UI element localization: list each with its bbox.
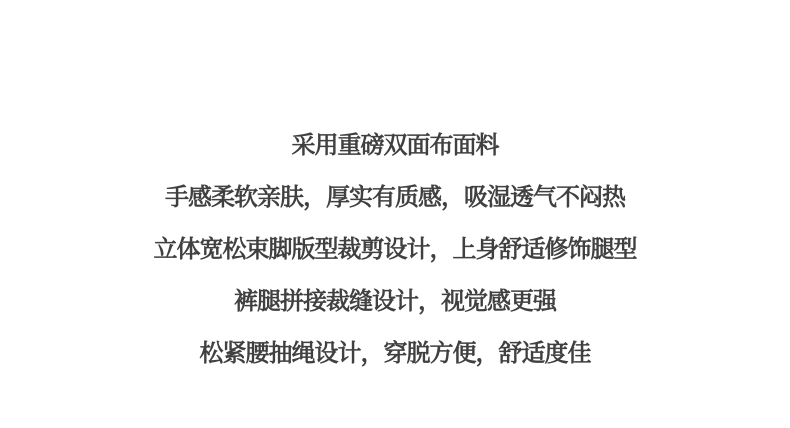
description-line-fabric: 采用重磅双面布面料	[0, 120, 790, 172]
description-line-feel: 手感柔软亲肤，厚实有质感，吸湿透气不闷热	[0, 172, 790, 224]
description-line-fit: 立体宽松束脚版型裁剪设计，上身舒适修饰腿型	[0, 224, 790, 276]
description-line-waist: 松紧腰抽绳设计，穿脱方便，舒适度佳	[0, 328, 790, 380]
product-description-panel: 采用重磅双面布面料 手感柔软亲肤，厚实有质感，吸湿透气不闷热 立体宽松束脚版型裁…	[0, 0, 790, 380]
description-line-seam: 裤腿拼接裁缝设计，视觉感更强	[0, 276, 790, 328]
